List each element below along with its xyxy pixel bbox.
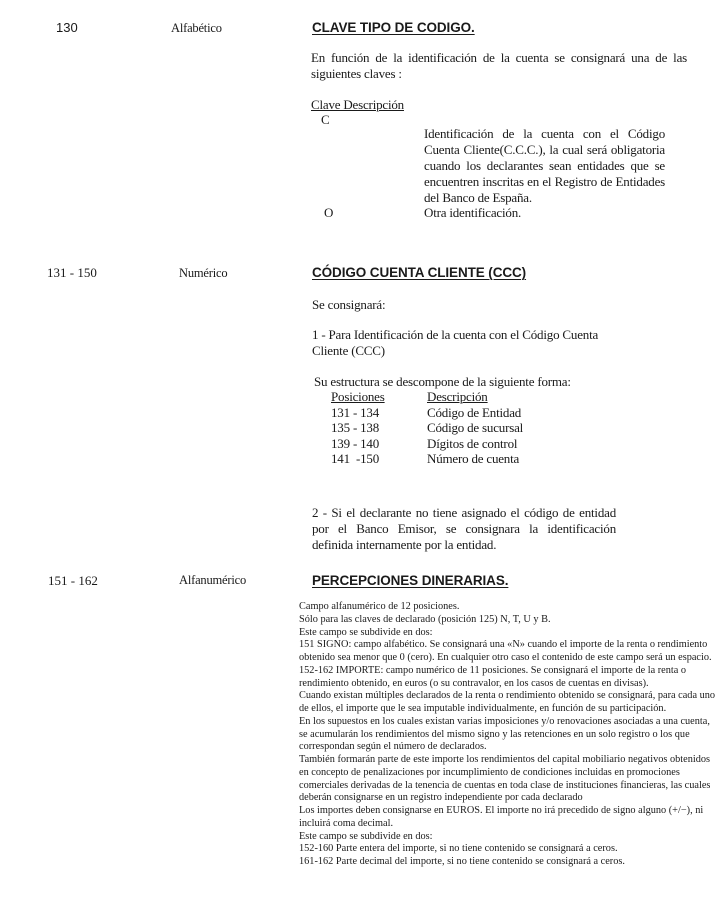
body-line: 161-162 Parte decimal del importe, si no… (299, 856, 717, 869)
column-header: Descripción (427, 389, 488, 404)
body-line: Sólo para las claves de declarado (posic… (299, 614, 717, 627)
field-position: 151 - 162 (48, 573, 98, 589)
table-cell: 141 -150 (331, 451, 427, 467)
field-position: 130 (56, 20, 78, 35)
ccc-structure-table: Posiciones Descripción 131 - 134 Código … (331, 389, 523, 467)
table-header-row: Posiciones Descripción (331, 389, 523, 405)
body-line: También formarán parte de este importe l… (299, 754, 717, 805)
section-title: CLAVE TIPO DE CODIGO. (312, 20, 475, 35)
table-row: 131 - 134 Código de Entidad (331, 405, 523, 421)
section-intro: En función de la identificación de la cu… (311, 50, 687, 82)
field-type: Numérico (179, 266, 227, 281)
table-row: 141 -150 Número de cuenta (331, 451, 523, 467)
table-row: 135 - 138 Código de sucursal (331, 420, 523, 436)
table-cell: Dígitos de control (427, 436, 523, 452)
key-description: Identificación de la cuenta con el Códig… (424, 126, 665, 206)
column-header: Posiciones (331, 389, 385, 404)
field-type: Alfanumérico (179, 573, 246, 588)
section-body: Campo alfanumérico de 12 posiciones. Sól… (299, 601, 717, 869)
body-line: Este campo se subdivide en dos: (299, 831, 717, 844)
key-description: Otra identificación. (424, 205, 521, 221)
key-code: O (324, 205, 333, 221)
table-cell: 131 - 134 (331, 405, 427, 421)
section-title: PERCEPCIONES DINERARIAS. (312, 573, 508, 588)
body-line: Los importes deben consignarse en EUROS.… (299, 805, 717, 831)
body-line: Campo alfanumérico de 12 posiciones. (299, 601, 717, 614)
structure-intro: Su estructura se descompone de la siguie… (314, 374, 571, 390)
option-2: 2 - Si el declarante no tiene asignado e… (312, 505, 616, 553)
section-intro: Se consignará: (312, 297, 385, 313)
keys-header: Clave Descripción (311, 97, 404, 113)
body-line: 151 SIGNO: campo alfabético. Se consigna… (299, 639, 717, 665)
section-title: CÓDIGO CUENTA CLIENTE (CCC) (312, 265, 526, 280)
table-cell: Código de sucursal (427, 420, 523, 436)
body-line: 152-162 IMPORTE: campo numérico de 11 po… (299, 665, 717, 691)
table-row: 139 - 140 Dígitos de control (331, 436, 523, 452)
table-cell: 139 - 140 (331, 436, 427, 452)
key-code: C (321, 112, 329, 128)
option-1: 1 - Para Identificación de la cuenta con… (312, 327, 632, 359)
body-line: Este campo se subdivide en dos: (299, 627, 717, 640)
body-line: Cuando existan múltiples declarados de l… (299, 690, 717, 716)
field-type: Alfabético (171, 21, 222, 36)
table-cell: 135 - 138 (331, 420, 427, 436)
field-position: 131 - 150 (47, 265, 97, 281)
body-line: 152-160 Parte entera del importe, si no … (299, 843, 717, 856)
table-cell: Código de Entidad (427, 405, 523, 421)
body-line: En los supuestos en los cuales existan v… (299, 716, 717, 754)
table-cell: Número de cuenta (427, 451, 523, 467)
